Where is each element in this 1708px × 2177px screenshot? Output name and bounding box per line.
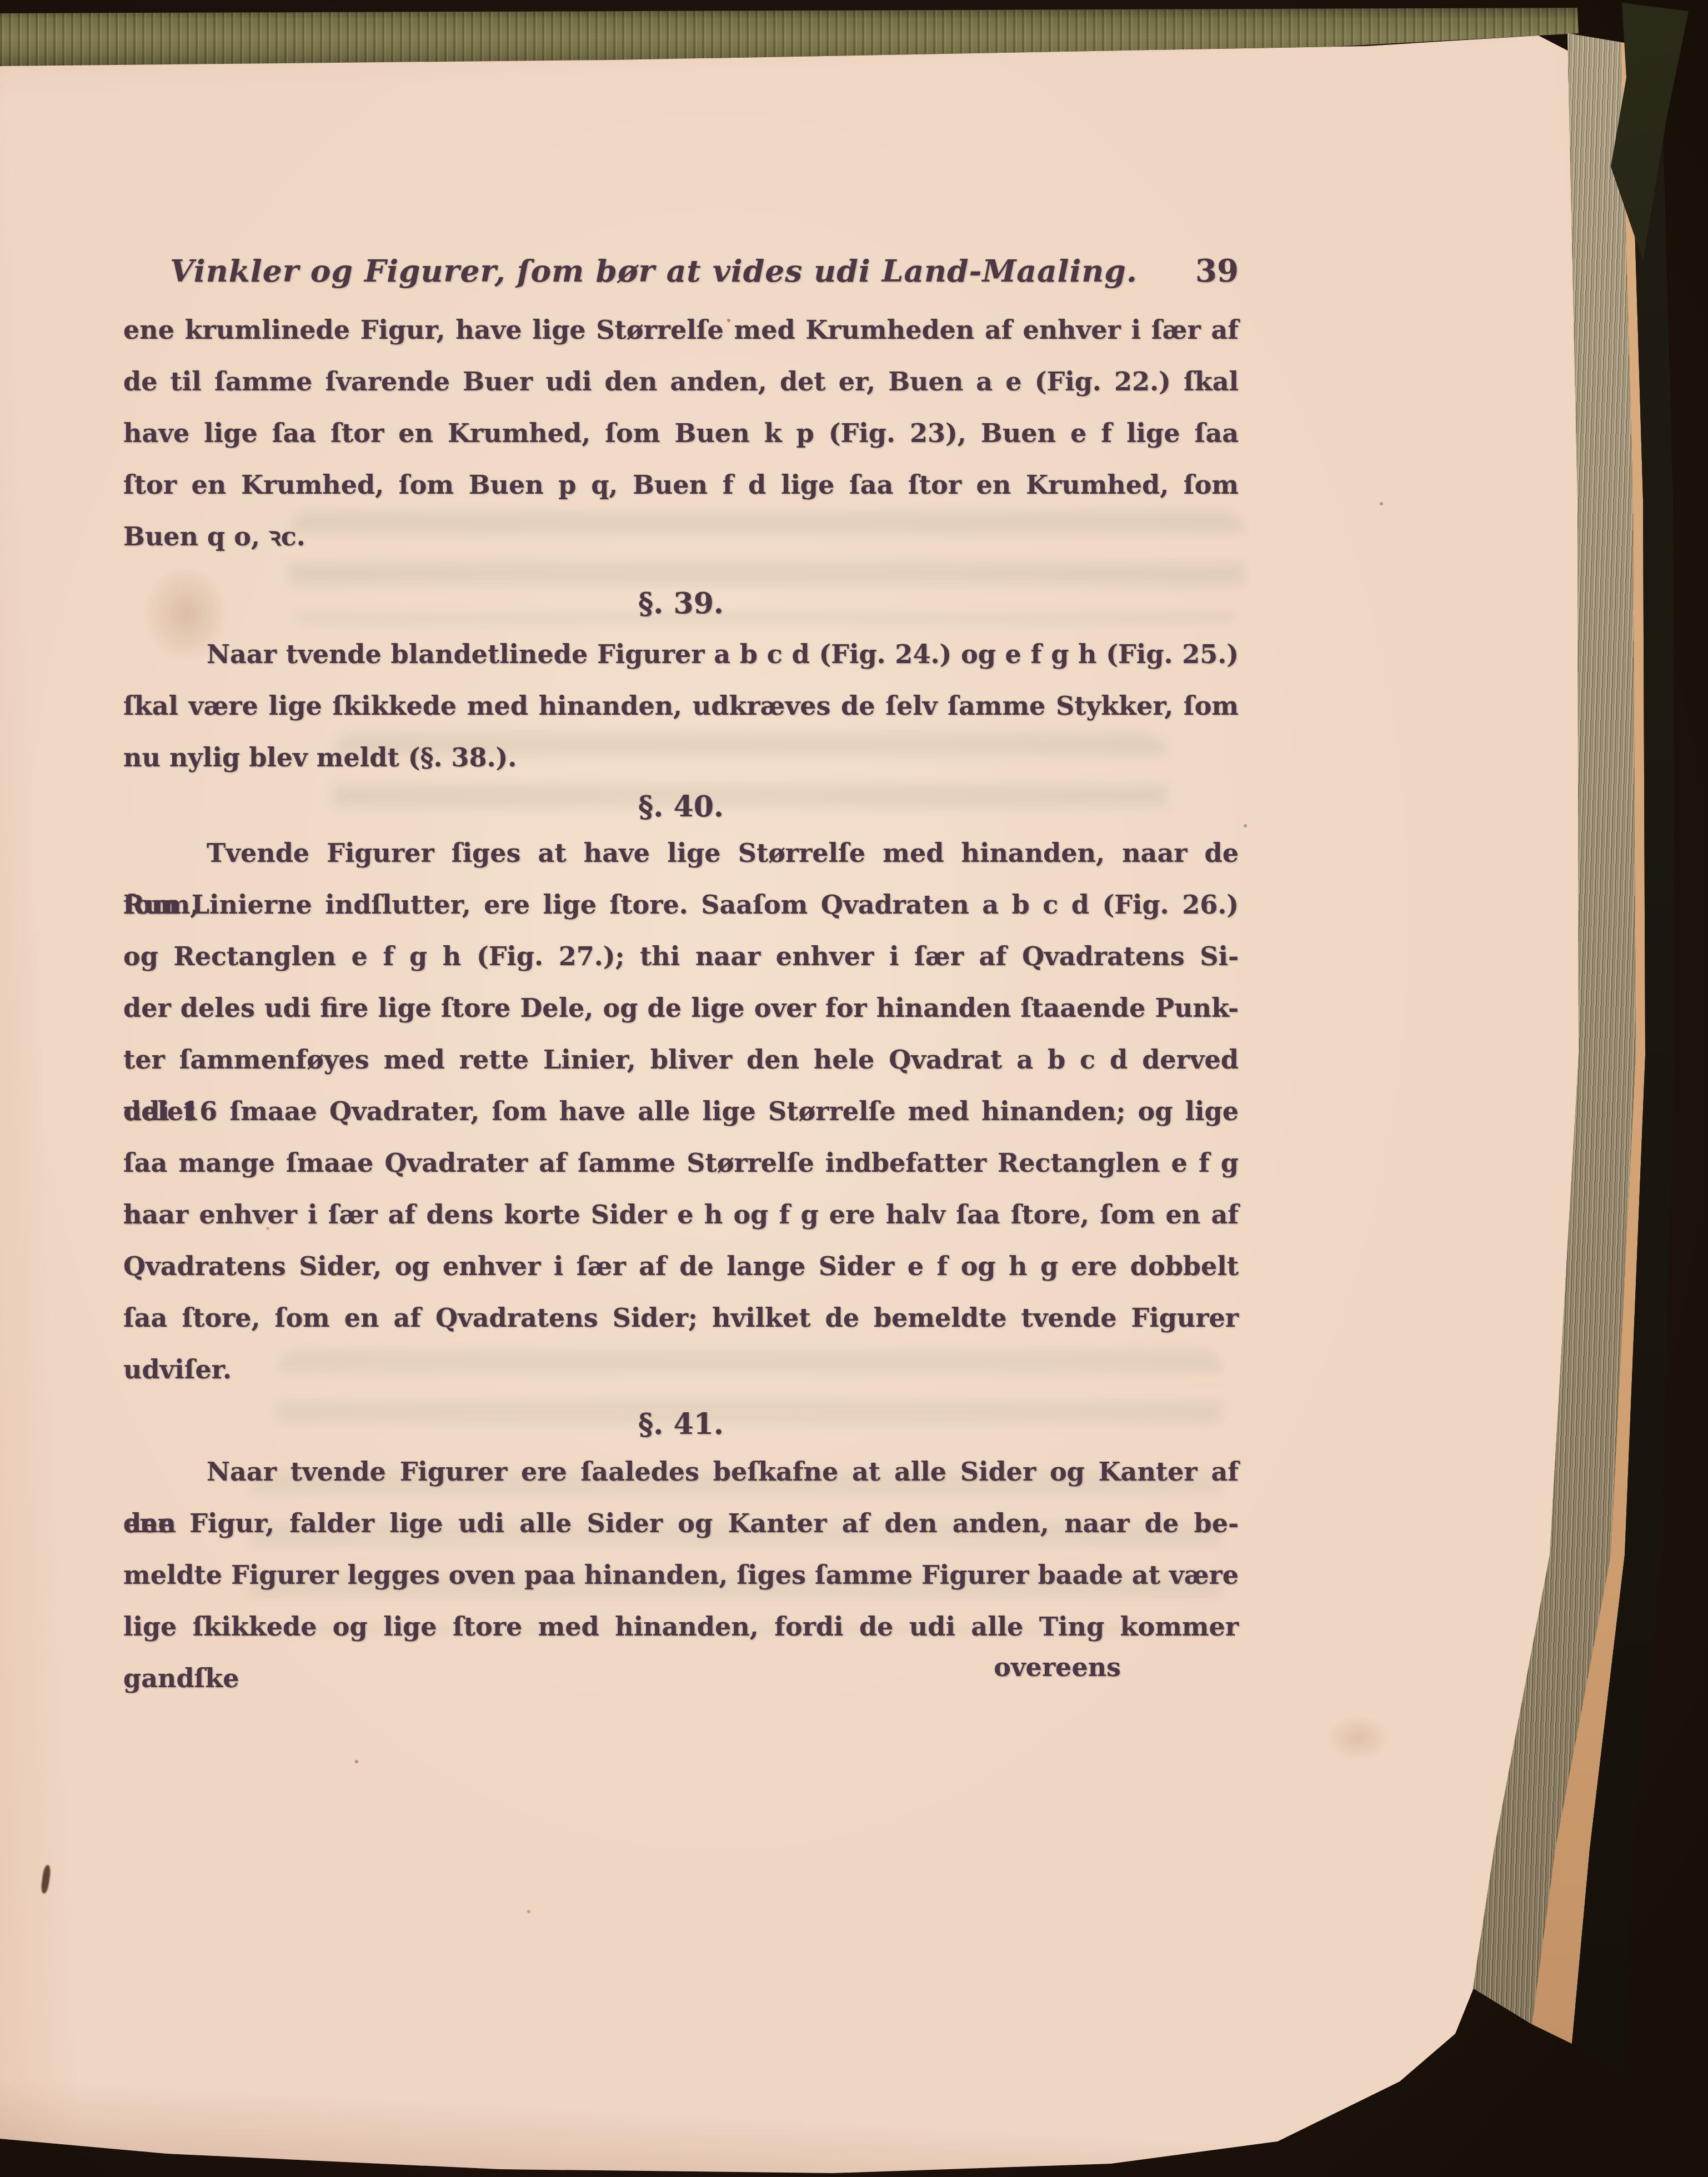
paper-specks: [0, 0, 2, 2]
text-line: udi 16 ſmaae Qvadrater, ſom have alle li…: [123, 1086, 1239, 1137]
text-line: og Rectanglen e f g h (Fig. 27.); thi na…: [123, 931, 1239, 982]
text-line: Naar tvende blandetlinede Figurer a b c …: [123, 629, 1239, 680]
running-header: Vinkler og Figurer, ſom bør at vides udi…: [123, 244, 1239, 297]
text-line: Qvadratens Sider, og enhver i ſær af de …: [123, 1241, 1239, 1292]
paper-stain: [1328, 1716, 1389, 1760]
running-header-title: Vinkler og Figurer, ſom bør at vides udi…: [123, 244, 1184, 297]
text-line: meldte Figurer legges oven paa hinanden,…: [123, 1549, 1239, 1601]
text-line: ſom Linierne indſlutter, ere lige ſtore.…: [123, 879, 1239, 931]
text-line: Buen q o, ꝛc.: [123, 511, 1239, 563]
paragraph-section-40: Tvende Figurer ſiges at have lige Større…: [123, 827, 1239, 1396]
text-line: ene Figur, falder lige udi alle Sider og…: [123, 1498, 1239, 1549]
text-line: naar enhver i ſær af dens korte Sider e …: [123, 1189, 1239, 1241]
paragraph-section-41: Naar tvende Figurer ere ſaaledes beſkafn…: [123, 1446, 1239, 1653]
text-line: udviſer.: [123, 1344, 1239, 1396]
text-line: have lige ſaa ſtor en Krumhed, ſom Buen …: [123, 408, 1239, 459]
text-line: ene krumlinede Figur, have lige Størrelſ…: [123, 304, 1239, 356]
book-page: Vinkler og Figurer, ſom bør at vides udi…: [0, 0, 1708, 2177]
paragraph-continuation: ene krumlinede Figur, have lige Størrelſ…: [123, 304, 1239, 563]
text-line: ſaa ſtore, ſom en af Qvadratens Sider; h…: [123, 1292, 1239, 1344]
text-line: nu nylig blev meldt (§. 38.).: [123, 732, 1239, 784]
text-line: ſaa mange ſmaae Qvadrater af ſamme Størr…: [123, 1137, 1239, 1189]
text-line: Naar tvende Figurer ere ſaaledes beſkafn…: [123, 1446, 1239, 1498]
section-heading: §. 40.: [123, 782, 1239, 832]
text-line: ter ſammenføyes med rette Linier, bliver…: [123, 1034, 1239, 1086]
text-line: de til ſamme ſvarende Buer udi den anden…: [123, 356, 1239, 408]
section-heading: §. 39.: [123, 579, 1239, 629]
text-line: Tvende Figurer ſiges at have lige Større…: [123, 827, 1239, 879]
ink-blot: [40, 1864, 51, 1894]
scanned-book-photo: Vinkler og Figurer, ſom bør at vides udi…: [0, 0, 1708, 2177]
catchword: overeens: [123, 1645, 1239, 1689]
text-line: der deles udi fire lige ſtore Dele, og d…: [123, 982, 1239, 1034]
text-line: ſkal være lige ſkikkede med hinanden, ud…: [123, 680, 1239, 732]
section-heading: §. 41.: [123, 1399, 1239, 1449]
text-line: ſtor en Krumhed, ſom Buen p q, Buen f d …: [123, 459, 1239, 511]
paragraph-section-39: Naar tvende blandetlinede Figurer a b c …: [123, 629, 1239, 784]
page-number: 39: [1195, 245, 1239, 298]
